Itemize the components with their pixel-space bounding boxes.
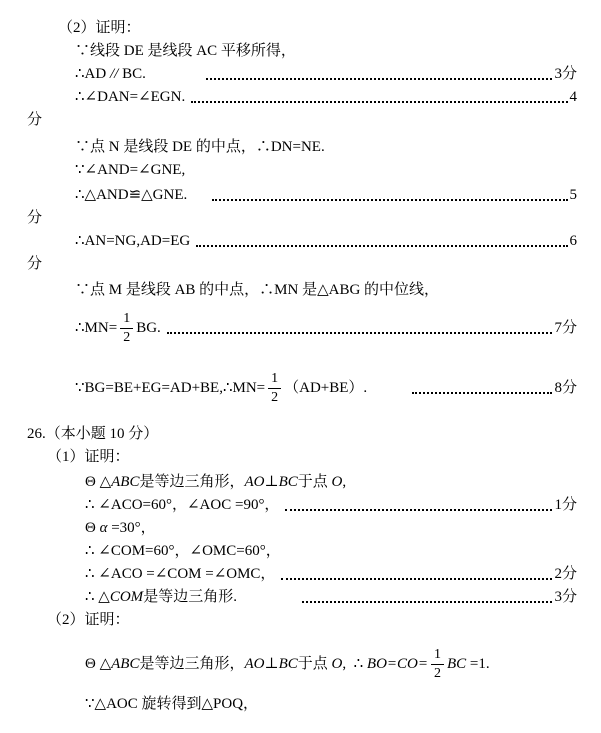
proof-line: ∴ ∠ACO=60°，∠AOC =90°，1分 bbox=[85, 494, 577, 517]
text-segment: Θ △ bbox=[85, 471, 111, 494]
score-label: 5 bbox=[570, 184, 578, 207]
score-label: 4 bbox=[570, 86, 578, 109]
text-segment: ∵线段 DE 是线段 AC 平移所得， bbox=[75, 40, 296, 63]
text-segment: ∴ ∠ACO =∠COM =∠OMC， bbox=[85, 563, 275, 586]
text-segment: ∴ ∠COM=60°，∠OMC=60°， bbox=[85, 540, 281, 563]
score-label: 3分 bbox=[554, 63, 577, 86]
text-segment: =30°， bbox=[107, 517, 155, 540]
text-segment: Θ bbox=[85, 517, 100, 540]
text-segment: , ∴ bbox=[342, 643, 367, 685]
text-segment: , bbox=[342, 471, 346, 494]
proof-line: Θ △ABC是等边三角形，AO⊥BC于点 O, ∴ BO=CO=12BC =1. bbox=[85, 643, 577, 685]
text-segment: =1. bbox=[466, 643, 489, 685]
text-segment: ∴MN= bbox=[75, 307, 117, 349]
proof-line: ∴ ∠COM=60°，∠OMC=60°， bbox=[85, 540, 577, 563]
text-segment: ∵BG=BE+EG=AD+BE,∴MN= bbox=[75, 367, 265, 409]
proof-line: Θ △ABC是等边三角形，AO⊥BC于点 O, bbox=[85, 471, 577, 494]
text-segment: AO bbox=[244, 471, 264, 494]
text-segment: 是等边三角形. bbox=[143, 586, 237, 609]
score-label: 2分 bbox=[554, 563, 577, 586]
dot-leader bbox=[191, 101, 567, 103]
text-segment: BC bbox=[447, 643, 466, 685]
text-segment: Θ △ bbox=[85, 643, 111, 685]
wrapped-score: 分 bbox=[27, 253, 577, 276]
part2-proof-heading: （2）证明： bbox=[58, 17, 577, 40]
text-segment: ∵点 N 是线段 DE 的中点，∴DN=NE. bbox=[75, 136, 325, 159]
part1-proof-heading: （1）证明： bbox=[47, 446, 577, 469]
text-segment: COM bbox=[110, 586, 143, 609]
score-label: 6 bbox=[570, 230, 578, 253]
text-segment: // bbox=[106, 63, 122, 86]
proof-line: ∴ ∠ACO =∠COM =∠OMC，2分 bbox=[85, 563, 577, 586]
dot-leader bbox=[196, 245, 567, 247]
text-segment: ∵∠AND=∠GNE, bbox=[75, 159, 185, 182]
dot-leader bbox=[212, 199, 567, 201]
wrapped-score: 分 bbox=[27, 207, 577, 230]
text-segment: BC. bbox=[122, 63, 146, 86]
text-segment: ABC bbox=[111, 471, 139, 494]
text-segment: ∴△AND≌△GNE. bbox=[75, 184, 187, 207]
text-segment: ∴∠DAN=∠EGN. bbox=[75, 86, 185, 109]
text-segment: 于点 bbox=[298, 471, 332, 494]
text-segment: ∵△AOC 旋转得到△POQ， bbox=[85, 693, 258, 716]
text-segment: 是等边三角形， bbox=[139, 643, 244, 685]
text-segment: O bbox=[332, 643, 343, 685]
question-heading: 26.（本小题 10 分） bbox=[27, 423, 577, 446]
text-segment: （2）证明： bbox=[58, 17, 141, 40]
text-segment: 是等边三角形， bbox=[139, 471, 244, 494]
text-segment: ∴AD bbox=[75, 63, 106, 86]
proof-line: ∵线段 DE 是线段 AC 平移所得， bbox=[75, 40, 577, 63]
proof-line: ∵BG=BE+EG=AD+BE,∴MN=12（AD+BE）.8分 bbox=[75, 367, 577, 409]
text-segment: ∴ △ bbox=[85, 586, 110, 609]
proof-line: ∴MN=12BG.7分 bbox=[75, 307, 577, 349]
text-segment: ABC bbox=[111, 643, 139, 685]
dot-leader bbox=[302, 601, 553, 603]
text-segment: BC bbox=[279, 471, 298, 494]
score-label: 7分 bbox=[554, 307, 577, 349]
text-segment: 分 bbox=[27, 207, 42, 230]
fraction-denominator: 2 bbox=[123, 329, 130, 346]
text-segment: BC bbox=[279, 643, 298, 685]
text-segment: （2）证明： bbox=[47, 609, 130, 632]
part2-proof-heading: （2）证明： bbox=[47, 609, 577, 632]
text-segment: α bbox=[100, 517, 108, 540]
dot-leader bbox=[167, 332, 553, 334]
proof-line: ∴AD // BC.3分 bbox=[75, 63, 577, 86]
fraction: 12 bbox=[268, 371, 281, 405]
dot-leader bbox=[285, 509, 552, 511]
text-segment: ∴ ∠ACO=60°，∠AOC =90°， bbox=[85, 494, 279, 517]
proof-line: ∵点 N 是线段 DE 的中点，∴DN=NE. bbox=[75, 136, 577, 159]
fraction: 12 bbox=[431, 647, 444, 681]
text-segment: ∴AN=NG,AD=EG bbox=[75, 230, 190, 253]
proof-line: ∴△AND≌△GNE.5 bbox=[75, 184, 577, 207]
proof-line: ∴∠DAN=∠EGN.4 bbox=[75, 86, 577, 109]
fraction-numerator: 1 bbox=[268, 371, 281, 389]
fraction-numerator: 1 bbox=[120, 311, 133, 329]
text-segment: （AD+BE）. bbox=[284, 367, 367, 409]
text-segment: ⊥ bbox=[264, 471, 278, 494]
text-segment: 分 bbox=[27, 109, 42, 132]
fraction-denominator: 2 bbox=[434, 665, 441, 682]
fraction-denominator: 2 bbox=[271, 389, 278, 406]
text-segment: 于点 bbox=[298, 643, 332, 685]
text-segment: O bbox=[332, 471, 343, 494]
proof-line: Θ α =30°， bbox=[85, 517, 577, 540]
proof-line: ∵∠AND=∠GNE, bbox=[75, 159, 577, 182]
text-segment: BO=CO= bbox=[367, 643, 428, 685]
score-label: 1分 bbox=[554, 494, 577, 517]
proof-line: ∴AN=NG,AD=EG6 bbox=[75, 230, 577, 253]
score-label: 3分 bbox=[554, 586, 577, 609]
proof-line: ∵△AOC 旋转得到△POQ， bbox=[85, 693, 577, 716]
score-label: 8分 bbox=[554, 367, 577, 409]
answer-document: （2）证明：∵线段 DE 是线段 AC 平移所得，∴AD // BC.3分∴∠D… bbox=[0, 0, 601, 716]
text-segment: ∵点 M 是线段 AB 的中点，∴MN 是△ABG 的中位线， bbox=[75, 279, 439, 302]
text-segment: AO bbox=[244, 643, 264, 685]
proof-line: ∵点 M 是线段 AB 的中点，∴MN 是△ABG 的中位线， bbox=[75, 279, 577, 302]
fraction: 12 bbox=[120, 311, 133, 345]
wrapped-score: 分 bbox=[27, 109, 577, 132]
text-segment: ⊥ bbox=[264, 643, 278, 685]
fraction-numerator: 1 bbox=[431, 647, 444, 665]
dot-leader bbox=[206, 78, 553, 80]
text-segment: BG. bbox=[136, 307, 161, 349]
dot-leader bbox=[412, 392, 552, 394]
proof-line: ∴ △COM是等边三角形.3分 bbox=[85, 586, 577, 609]
text-segment: 分 bbox=[27, 253, 42, 276]
text-segment: 26.（本小题 10 分） bbox=[27, 423, 158, 446]
text-segment: （1）证明： bbox=[47, 446, 130, 469]
dot-leader bbox=[281, 578, 552, 580]
